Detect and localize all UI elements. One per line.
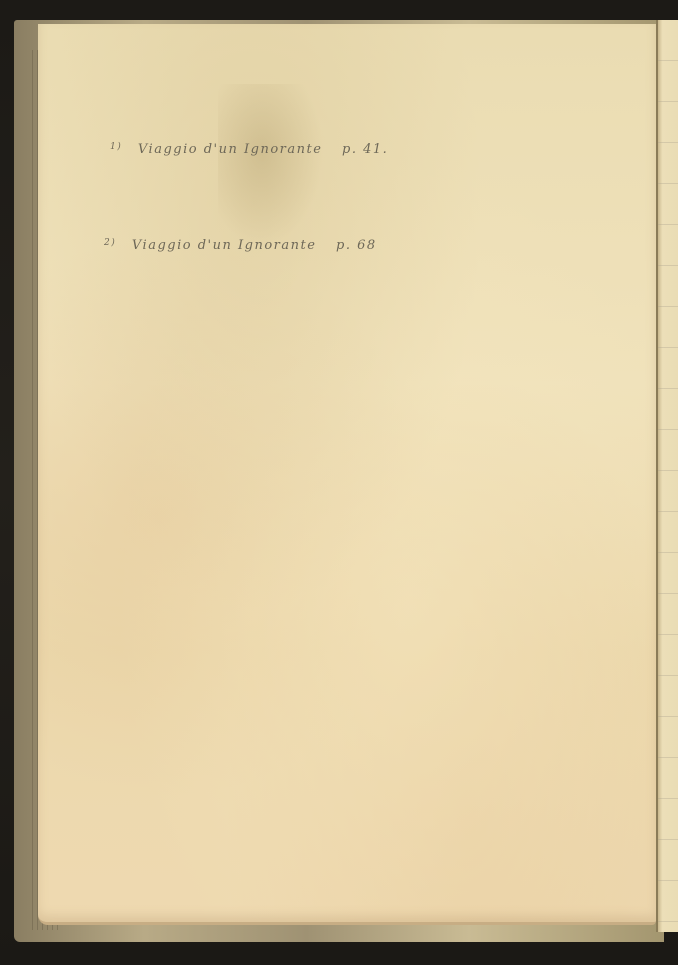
note-number: 1) [110, 142, 122, 152]
note-number: 2) [104, 238, 116, 248]
note-title: Viaggio d'un Ignorante [132, 238, 317, 253]
manuscript-page: 1) Viaggio d'un Ignorante p. 41. 2) Viag… [38, 24, 656, 925]
note-title: Viaggio d'un Ignorante [138, 142, 323, 157]
note-page-ref: p. 68 [336, 238, 377, 253]
facing-page-edge [656, 20, 678, 932]
note-page-ref: p. 41. [342, 142, 388, 157]
note-entry-1: 1) Viaggio d'un Ignorante p. 41. [110, 142, 388, 157]
note-entry-2: 2) Viaggio d'un Ignorante p. 68 [104, 238, 377, 253]
water-stain [218, 84, 328, 254]
